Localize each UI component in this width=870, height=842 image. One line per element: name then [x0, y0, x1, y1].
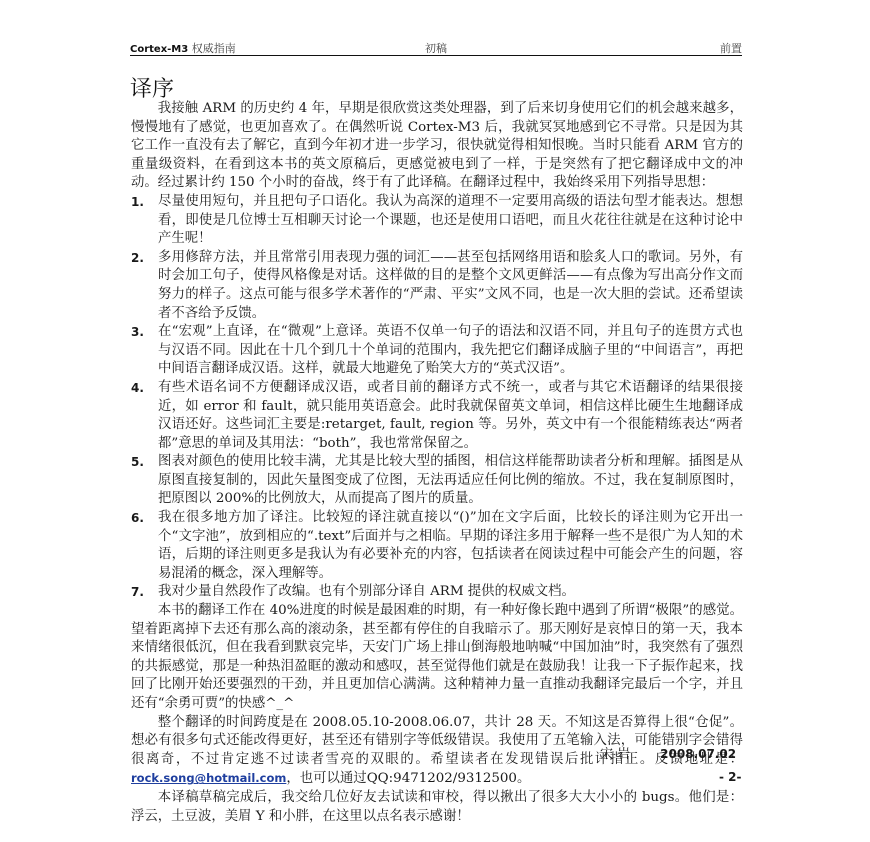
- list-number: 5.: [131, 453, 144, 472]
- header-section: 前置: [720, 40, 742, 56]
- list-number: 4.: [131, 379, 144, 398]
- guideline-item: 4.有些术语名词不方便翻译成汉语，或者目前的翻译方式不统一，或者与其它术语翻译的…: [131, 379, 743, 453]
- guideline-item: 6.我在很多地方加了译注。比较短的译注就直接以“()”加在文字后面，比较长的译注…: [131, 509, 743, 583]
- running-header: Cortex-M3 权威指南 初稿 前置: [130, 40, 742, 56]
- guideline-text: 在“宏观”上直译，在“微观”上意译。英语不仅单一句子的语法和汉语不同，并且句子的…: [158, 324, 743, 376]
- guideline-item: 7.我对少量自然段作了改编。也有个别部分译自 ARM 提供的权威文档。: [131, 583, 743, 602]
- list-number: 1.: [131, 193, 144, 212]
- thanks-paragraph: 本译稿草稿完成后，我交给几位好友去试读和审校，得以揪出了很多大大小小的 bugs…: [131, 789, 743, 826]
- guideline-item: 1.尽量使用短句，并且把句子口语化。我认为高深的道理不一定要用高级的语法句型才能…: [131, 193, 743, 249]
- guidelines-list: 1.尽量使用短句，并且把句子口语化。我认为高深的道理不一定要用高级的语法句型才能…: [131, 193, 743, 602]
- header-book-en: Cortex-M3: [130, 44, 188, 55]
- intro-paragraph: 我接触 ARM 的历史约 4 年，早期是很欣赏这类处理器，到了后来切身使用它们的…: [131, 100, 743, 193]
- guideline-text: 多用修辞方法，并且常常引用表现力强的词汇——甚至包括网络用语和脍炙人口的歌词。另…: [158, 250, 743, 321]
- list-number: 6.: [131, 509, 144, 528]
- guideline-item: 5.图表对颜色的使用比较丰满，尤其是比较大型的插图，相信这样能帮助读者分析和理解…: [131, 453, 743, 509]
- guideline-text: 我在很多地方加了译注。比较短的译注就直接以“()”加在文字后面，比较长的译注则为…: [158, 510, 743, 581]
- header-book-cn: 权威指南: [192, 42, 236, 55]
- signature-name: 宋 岩: [600, 747, 630, 762]
- list-number: 2.: [131, 249, 144, 268]
- contact-text: ，也可以通过QQ:9471202/9312500。: [286, 771, 530, 786]
- guideline-item: 2.多用修辞方法，并且常常引用表现力强的词汇——甚至包括网络用语和脍炙人口的歌词…: [131, 249, 743, 323]
- list-number: 7.: [131, 583, 144, 602]
- body-text: 我接触 ARM 的历史约 4 年，早期是很欣赏这类处理器，到了后来切身使用它们的…: [131, 100, 743, 826]
- guideline-text: 图表对颜色的使用比较丰满，尤其是比较大型的插图，相信这样能帮助读者分析和理解。插…: [158, 454, 743, 506]
- signature: 宋 岩2008.07.02: [600, 743, 736, 762]
- page-number: - 2-: [719, 770, 742, 784]
- guideline-text: 有些术语名词不方便翻译成汉语，或者目前的翻译方式不统一，或者与其它术语翻译的结果…: [158, 380, 743, 451]
- signature-date: 2008.07.02: [660, 747, 736, 761]
- feedback-email-link[interactable]: rock.song@hotmail.com: [131, 771, 286, 785]
- page-title: 译序: [130, 72, 174, 103]
- document-page: Cortex-M3 权威指南 初稿 前置 译序 我接触 ARM 的历史约 4 年…: [0, 0, 870, 842]
- header-book-title: Cortex-M3 权威指南: [130, 40, 236, 56]
- list-number: 3.: [131, 323, 144, 342]
- difficulty-paragraph: 本书的翻译工作在 40%进度的时候是最困难的时期，有一种好像长跑中遇到了所谓“极…: [131, 602, 743, 714]
- guideline-text: 我对少量自然段作了改编。也有个别部分译自 ARM 提供的权威文档。: [158, 584, 575, 599]
- header-status: 初稿: [425, 40, 447, 56]
- guideline-item: 3.在“宏观”上直译，在“微观”上意译。英语不仅单一句子的语法和汉语不同，并且句…: [131, 323, 743, 379]
- guideline-text: 尽量使用短句，并且把句子口语化。我认为高深的道理不一定要用高级的语法句型才能表达…: [158, 194, 743, 246]
